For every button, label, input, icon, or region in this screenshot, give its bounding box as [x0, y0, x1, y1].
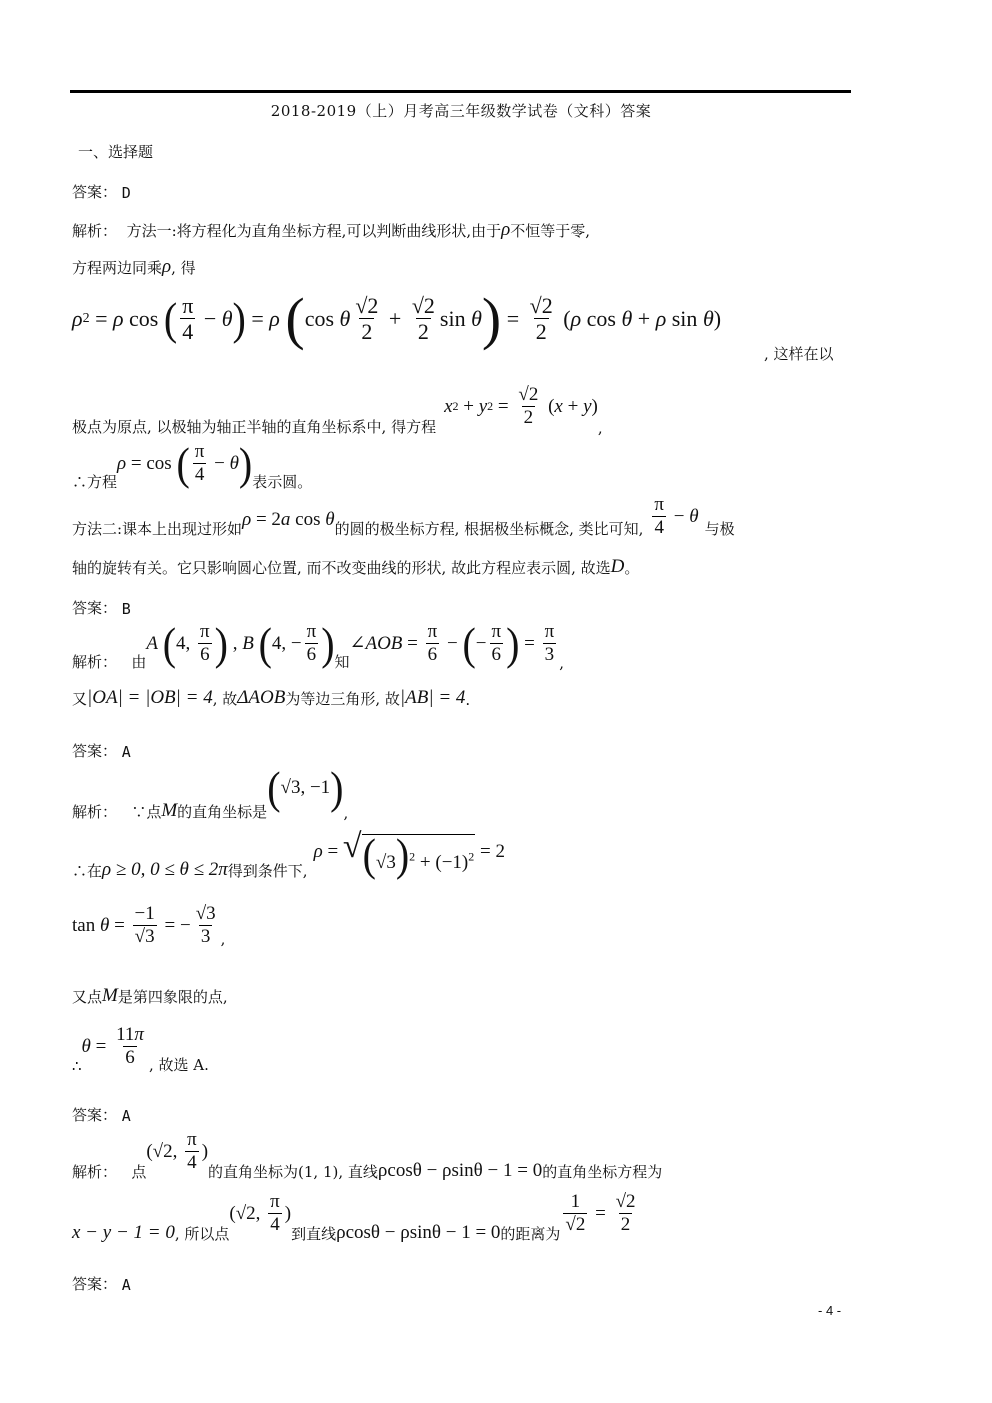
text: 的距离为: [500, 1223, 560, 1244]
text: 知: [335, 651, 350, 672]
math-equation: ρ ≥ 0, 0 ≤ θ ≤ 2π: [102, 859, 228, 881]
q1-eq-after: , 这样在以: [764, 343, 834, 364]
answer-label: 答案：: [72, 181, 117, 202]
analysis-label: 解析：: [72, 651, 117, 672]
text: , 故: [213, 688, 238, 709]
text: , 故选 A.: [149, 1054, 209, 1075]
text: ∴在: [72, 860, 102, 881]
text: 由: [131, 651, 146, 672]
text: 。: [624, 557, 639, 578]
answer-label: 答案：: [72, 1104, 117, 1125]
math-rho: ρ: [501, 219, 510, 241]
math-equation: 1√2 = √22: [560, 1192, 640, 1236]
q3-analysis-line5: ∴ θ = 11π6 , 故选 A.: [72, 1025, 209, 1075]
analysis-label: 解析：: [72, 801, 117, 822]
text: ,: [598, 419, 603, 437]
math-equation: ρ = 2a cos θ: [242, 509, 335, 531]
q1-method2-line1: 方法二:课本上出现过形如 ρ = 2a cos θ 的圆的极坐标方程, 根据极坐…: [72, 495, 735, 539]
answer-value: D: [122, 184, 131, 202]
text: ,: [344, 804, 349, 822]
math-choice: D: [611, 556, 625, 578]
text: 方法二:课本上出现过形如: [72, 518, 242, 539]
text: , 得: [171, 257, 196, 278]
math-equation: θ = 11π6: [82, 1025, 149, 1069]
text: , 所以点: [175, 1223, 230, 1244]
math-M: M: [102, 985, 118, 1007]
text: 的直角坐标是: [177, 801, 267, 822]
math-equation: A (4, π6) , B (4, −π6): [146, 622, 334, 666]
text: 极点为原点, 以极轴为轴正半轴的直角坐标系中, 得方程: [72, 388, 436, 437]
text: 得到条件下,: [228, 860, 308, 881]
q3-analysis-line1: 解析： ∵点M的直角坐标是 (√3, −1),: [72, 768, 348, 822]
text: ,: [559, 654, 564, 672]
text: .: [465, 691, 470, 709]
answer-value: B: [122, 600, 131, 618]
math-equation: (√3, −1): [267, 768, 343, 808]
answer-value: A: [122, 1107, 131, 1125]
math-equation: tan θ = −1√3 = −√33: [72, 904, 221, 948]
text: 方程两边同乘: [72, 257, 162, 278]
text: ∵点: [131, 801, 161, 822]
q1-analysis-line2: 方程两边同乘ρ, 得: [72, 256, 196, 278]
math-equation: ρ2 = ρ cos (π4 − θ) = ρ (cos θ√22 + √22s…: [72, 290, 721, 348]
answer-label: 答案：: [72, 597, 117, 618]
math-equation: (√2, π4): [146, 1130, 208, 1174]
math-M: M: [161, 800, 177, 822]
math-equation: x − y − 1 = 0: [72, 1222, 175, 1244]
page-number: - 4 -: [818, 1303, 841, 1318]
q3-answer: 答案： A: [72, 740, 131, 761]
analysis-label: 解析：: [72, 220, 117, 241]
q1-answer: 答案： D: [72, 181, 131, 202]
text: 方法一:将方程化为直角坐标方程,可以判断曲线形状,由于: [127, 220, 502, 241]
math-equation: ∠AOB = π6 − (−π6) = π3: [350, 622, 560, 666]
text: 的直角坐标方程为: [542, 1161, 662, 1182]
text: 轴的旋转有关。它只影响圆心位置, 而不改变曲线的形状, 故此方程应表示圆, 故选: [72, 557, 611, 578]
text: ∴方程: [72, 471, 117, 492]
header-rule: [70, 90, 851, 93]
analysis-label: 解析：: [72, 1161, 117, 1182]
q4-analysis-line1: 解析： 点 (√2, π4) 的直角坐标为(1, 1), 直线 ρcosθ − …: [72, 1130, 662, 1182]
math-equation: ρ = √(√3)2 + (−1)2 = 2: [314, 828, 505, 875]
q3-analysis-line3: tan θ = −1√3 = −√33 ,: [72, 904, 225, 948]
section-heading-text: 一、选择题: [78, 141, 153, 162]
text: 的圆的极坐标方程, 根据极坐标概念, 类比可知,: [335, 518, 644, 539]
math-equation: ρ = cos (π4 − θ): [117, 442, 252, 486]
answer-value: A: [122, 1276, 131, 1294]
section-heading: 一、选择题: [78, 141, 153, 162]
answer-label: 答案：: [72, 1273, 117, 1294]
math-equation: (√2, π4): [229, 1192, 291, 1236]
math-equation: π4 − θ: [649, 495, 698, 539]
math-equation: ρcosθ − ρsinθ − 1 = 0: [378, 1160, 542, 1182]
math-equation: x2 + y2 = √22 (x + y): [444, 385, 598, 429]
text: ∴: [72, 1057, 82, 1075]
q3-analysis-line2: ∴在 ρ ≥ 0, 0 ≤ θ ≤ 2π 得到条件下, ρ = √(√3)2 +…: [72, 828, 505, 881]
text: 的直角坐标为(1, 1), 直线: [208, 1161, 378, 1182]
text: , 这样在以: [764, 343, 834, 364]
q5-answer: 答案： A: [72, 1273, 131, 1294]
text: 为等边三角形, 故: [285, 688, 400, 709]
text: 又点: [72, 986, 102, 1007]
answer-label: 答案：: [72, 740, 117, 761]
q1-analysis-line1: 解析： 方法一:将方程化为直角坐标方程,可以判断曲线形状,由于ρ不恒等于零,: [72, 219, 590, 241]
q4-answer: 答案： A: [72, 1104, 131, 1125]
math-equation: ρcosθ − ρsinθ − 1 = 0: [336, 1222, 500, 1244]
text: 不恒等于零,: [510, 220, 590, 241]
q2-analysis-line2: 又 |OA| = |OB| = 4 , 故 ΔAOB 为等边三角形, 故 |AB…: [72, 687, 470, 709]
text: ,: [221, 930, 226, 948]
q1-method2-line2: 轴的旋转有关。它只影响圆心位置, 而不改变曲线的形状, 故此方程应表示圆, 故选…: [72, 556, 639, 578]
q2-answer: 答案： B: [72, 597, 131, 618]
math-equation: ΔAOB: [237, 687, 285, 709]
text: 与极: [705, 518, 735, 539]
q3-analysis-line4: 又点M是第四象限的点,: [72, 985, 228, 1007]
q1-analysis-line5: ∴方程 ρ = cos (π4 − θ) 表示圆。: [72, 442, 312, 492]
text: 到直线: [291, 1223, 336, 1244]
q1-analysis-line4: 极点为原点, 以极轴为轴正半轴的直角坐标系中, 得方程 x2 + y2 = √2…: [72, 385, 603, 437]
document-title: 2018-2019（上）月考高三年级数学试卷（文科）答案: [0, 100, 922, 121]
text: 又: [72, 688, 87, 709]
q2-analysis-line1: 解析： 由 A (4, π6) , B (4, −π6) 知 ∠AOB = π6…: [72, 622, 564, 672]
text: 点: [131, 1161, 146, 1182]
math-equation: |OA| = |OB| = 4: [87, 687, 213, 709]
answer-value: A: [122, 743, 131, 761]
text: 是第四象限的点,: [118, 986, 228, 1007]
q4-analysis-line2: x − y − 1 = 0 , 所以点 (√2, π4) 到直线 ρcosθ −…: [72, 1192, 641, 1244]
math-rho: ρ: [162, 256, 171, 278]
math-equation: |AB| = 4: [400, 687, 465, 709]
text: 表示圆。: [252, 471, 312, 492]
q1-equation-main: ρ2 = ρ cos (π4 − θ) = ρ (cos θ√22 + √22s…: [72, 290, 721, 348]
